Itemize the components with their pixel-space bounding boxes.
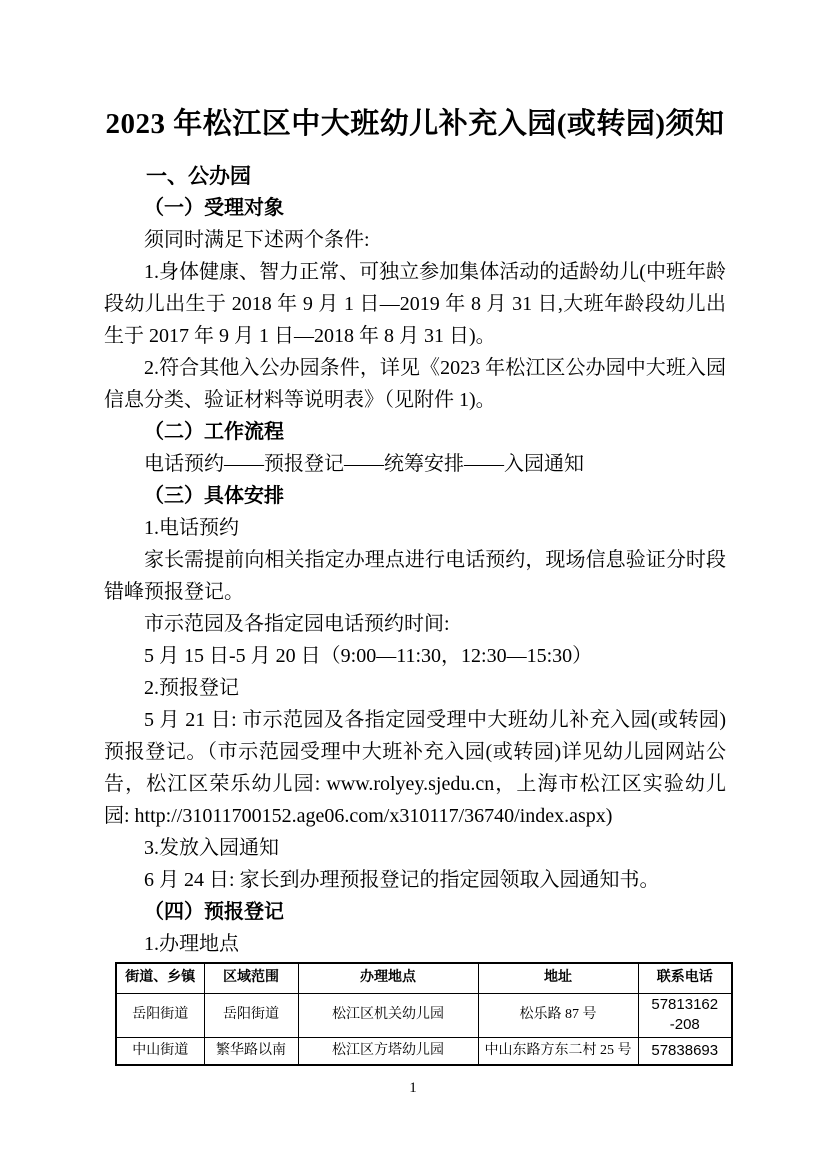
para-step2-title: 2.预报登记 — [104, 672, 726, 704]
document-title: 2023 年松江区中大班幼儿补充入园(或转园)须知 — [104, 104, 726, 144]
cell-location: 松江区机关幼儿园 — [298, 993, 478, 1037]
section-heading-public-kindergarten: 一、公办园 — [104, 160, 726, 192]
table-row: 中山街道 繁华路以南 松江区方塔幼儿园 中山东路方东二村 25 号 578386… — [116, 1037, 732, 1065]
para-step2-detail: 5 月 21 日: 市示范园及各指定园受理中大班幼儿补充入园(或转园)预报登记。… — [104, 704, 726, 832]
table-header-row: 街道、乡镇 区域范围 办理地点 地址 联系电话 — [116, 963, 732, 993]
table-header-phone: 联系电话 — [638, 963, 732, 993]
table-header-area: 区域范围 — [204, 963, 298, 993]
document-content: 2023 年松江区中大班幼儿补充入园(或转园)须知 一、公办园 （一）受理对象 … — [104, 0, 726, 1066]
registration-locations-table: 街道、乡镇 区域范围 办理地点 地址 联系电话 岳阳街道 岳阳街道 松江区机关幼… — [115, 962, 733, 1066]
para-workflow-steps: 电话预约——预报登记——统筹安排——入园通知 — [104, 448, 726, 480]
cell-street: 岳阳街道 — [116, 993, 204, 1037]
subsection-heading-workflow: （二）工作流程 — [104, 416, 726, 448]
cell-area: 岳阳街道 — [204, 993, 298, 1037]
para-phone-time: 5 月 15 日-5 月 20 日（9:00—11:30，12:30—15:30… — [104, 640, 726, 672]
cell-area: 繁华路以南 — [204, 1037, 298, 1065]
para-step1-detail: 家长需提前向相关指定办理点进行电话预约，现场信息验证分时段错峰预报登记。 — [104, 544, 726, 608]
cell-street: 中山街道 — [116, 1037, 204, 1065]
para-step3-title: 3.发放入园通知 — [104, 832, 726, 864]
para-phone-time-intro: 市示范园及各指定园电话预约时间: — [104, 608, 726, 640]
table-header-street: 街道、乡镇 — [116, 963, 204, 993]
para-eligibility-intro: 须同时满足下述两个条件: — [104, 224, 726, 256]
para-condition-2: 2.符合其他入公办园条件，详见《2023 年松江区公办园中大班入园信息分类、验证… — [104, 352, 726, 416]
table-header-address: 地址 — [478, 963, 638, 993]
para-condition-1: 1.身体健康、智力正常、可独立参加集体活动的适龄幼儿(中班年龄段幼儿出生于 20… — [104, 256, 726, 352]
cell-location: 松江区方塔幼儿园 — [298, 1037, 478, 1065]
para-office-locations-title: 1.办理地点 — [104, 928, 726, 960]
page-number: 1 — [0, 1078, 826, 1098]
subsection-heading-arrangements: （三）具体安排 — [104, 480, 726, 512]
subsection-heading-eligibility: （一）受理对象 — [104, 192, 726, 224]
cell-address: 松乐路 87 号 — [478, 993, 638, 1037]
para-step3-detail: 6 月 24 日: 家长到办理预报登记的指定园领取入园通知书。 — [104, 864, 726, 896]
subsection-heading-registration: （四）预报登记 — [104, 896, 726, 928]
cell-phone: 57813162 -208 — [638, 993, 732, 1037]
para-step1-title: 1.电话预约 — [104, 512, 726, 544]
table-header-location: 办理地点 — [298, 963, 478, 993]
table-row: 岳阳街道 岳阳街道 松江区机关幼儿园 松乐路 87 号 57813162 -20… — [116, 993, 732, 1037]
cell-phone: 57838693 — [638, 1037, 732, 1065]
document-page: 2023 年松江区中大班幼儿补充入园(或转园)须知 一、公办园 （一）受理对象 … — [0, 0, 826, 1169]
cell-address: 中山东路方东二村 25 号 — [478, 1037, 638, 1065]
